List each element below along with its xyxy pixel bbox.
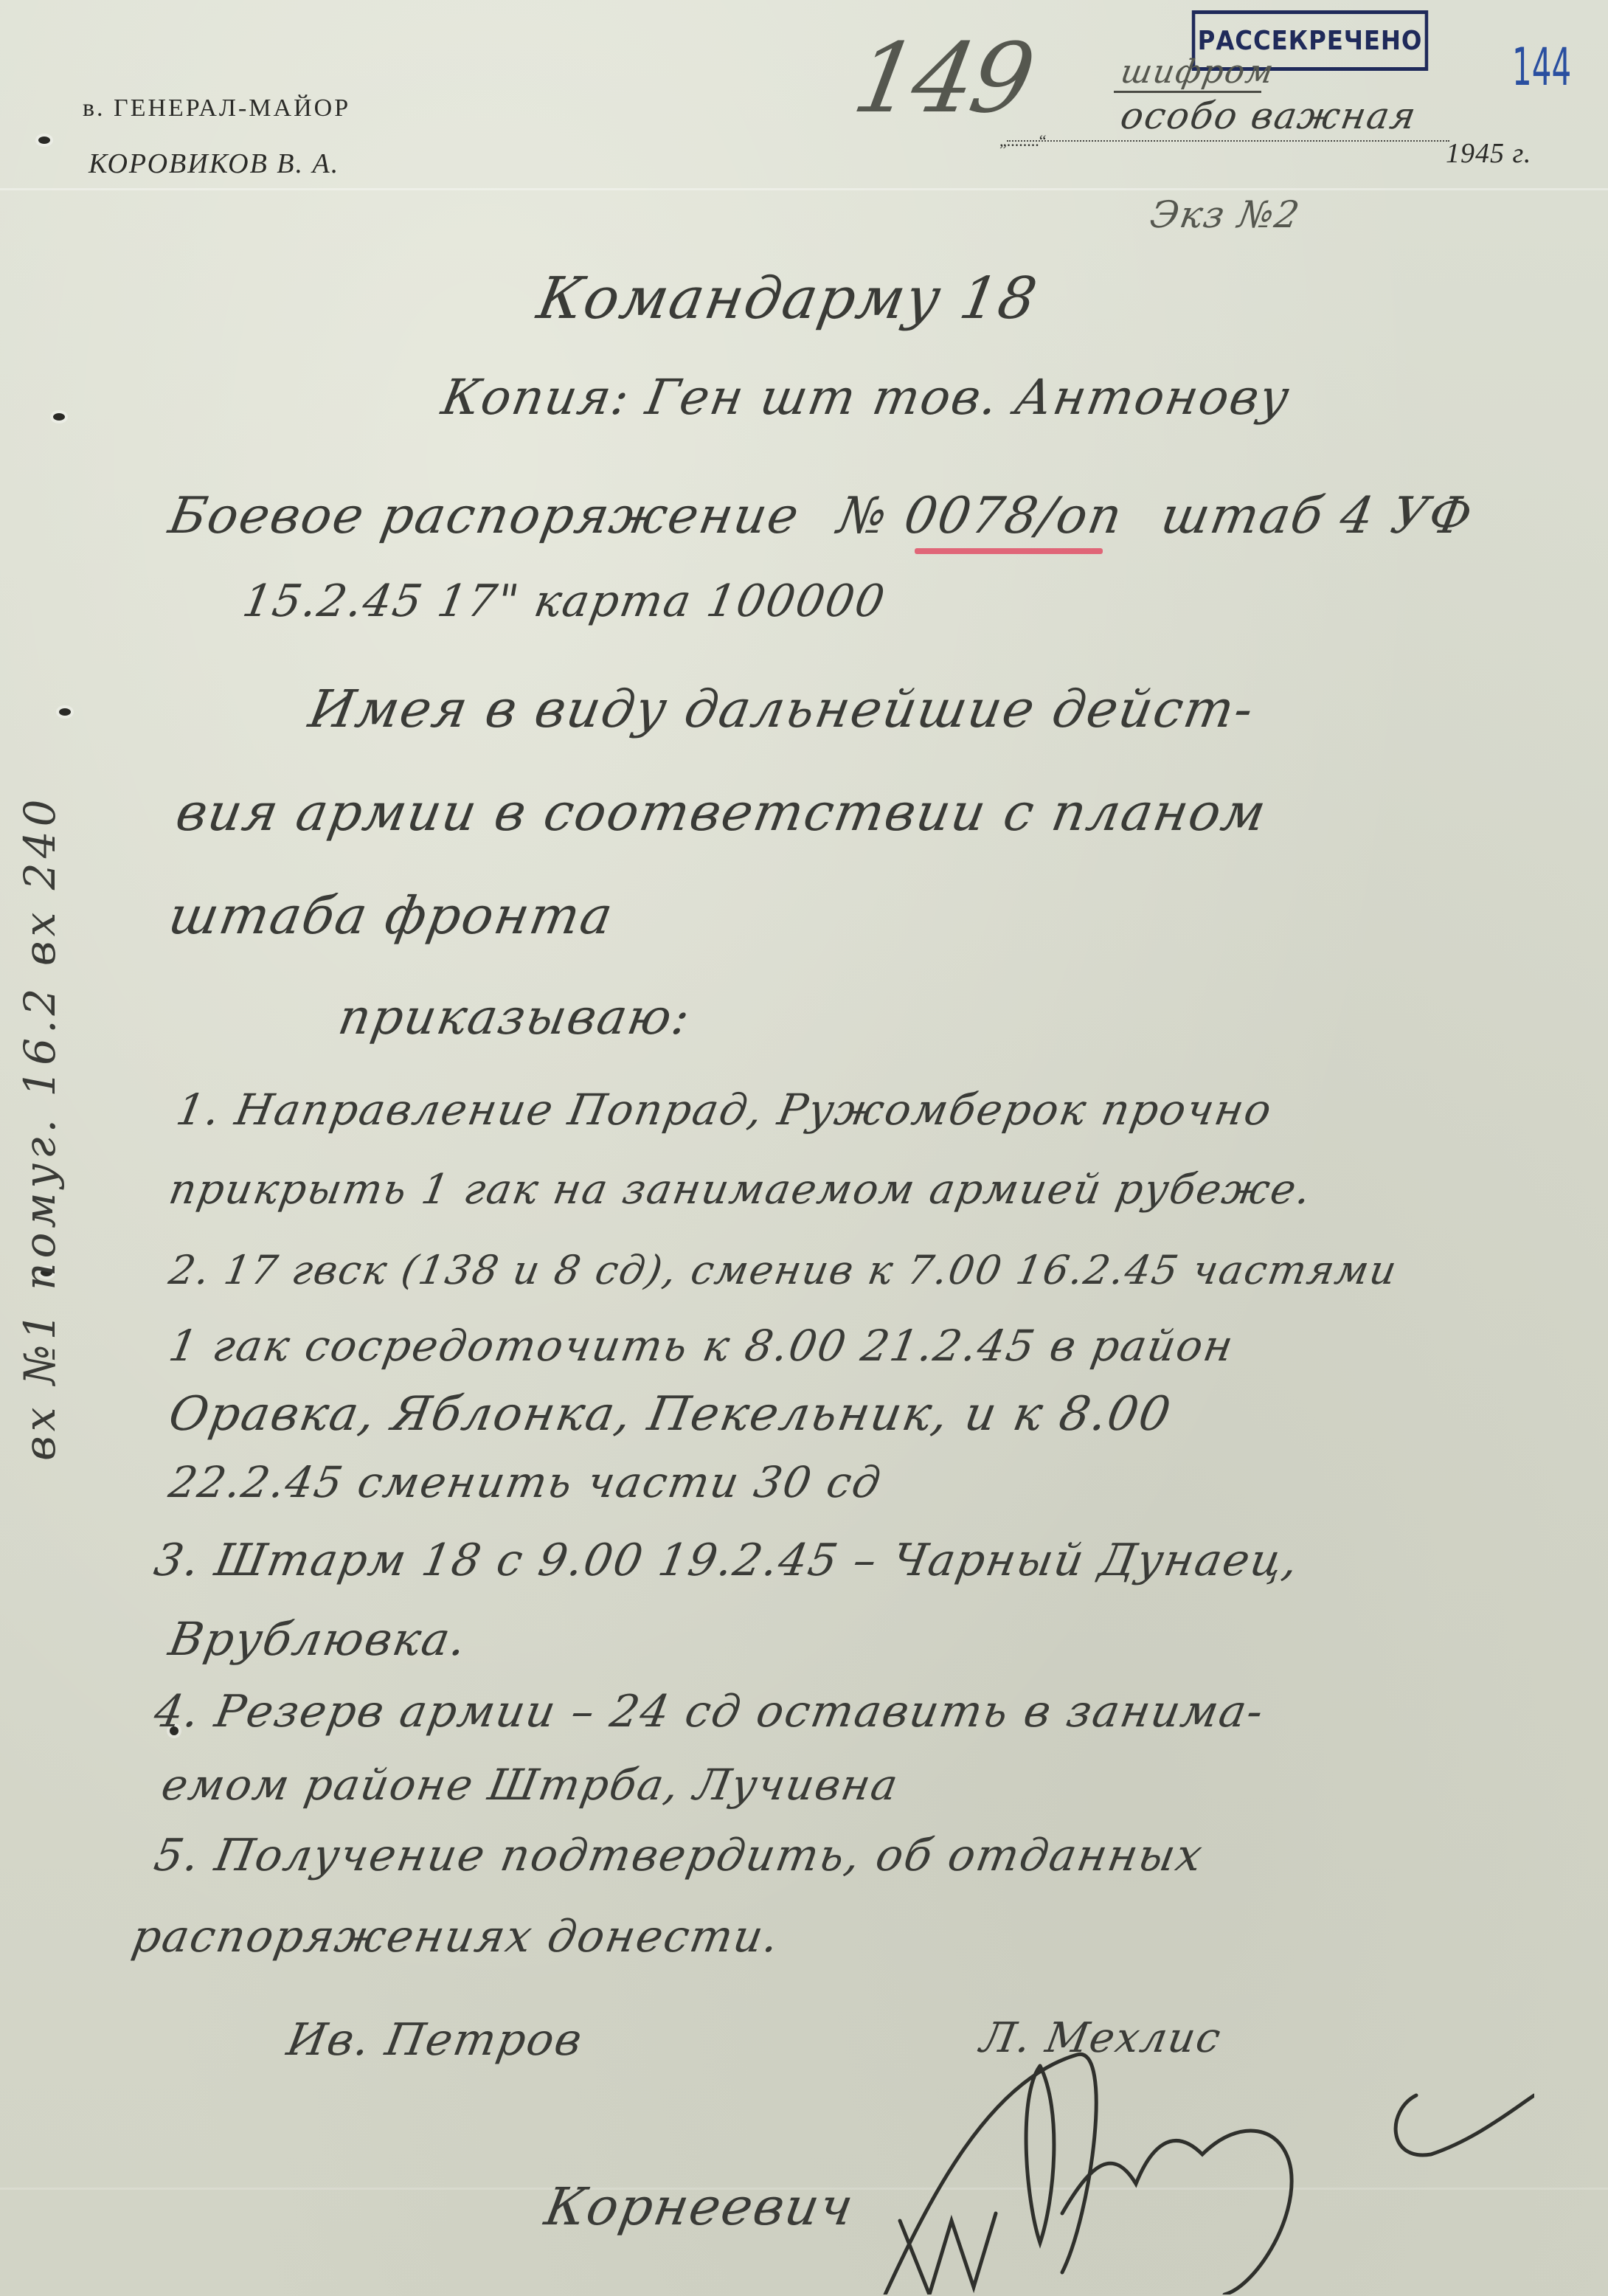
addressee-line-1: Командарму 18 bbox=[533, 266, 1043, 332]
strikethrough-line bbox=[1114, 91, 1261, 93]
order-title: Боевое распоряжение № 0078/оп штаб 4 УФ bbox=[164, 487, 1477, 545]
date-year: 1945 г. bbox=[1446, 137, 1531, 170]
classification: особо важная bbox=[1117, 94, 1421, 137]
addressee-line-2: Копия: Ген шт тов. Антонову bbox=[437, 369, 1295, 426]
item-4-line-2: емом районе Штрба, Лучивна bbox=[158, 1760, 903, 1810]
signature-korneevich: Корнеевич bbox=[541, 2176, 859, 2237]
date-day-template: „........“ bbox=[999, 131, 1047, 151]
classification-struck: шифром bbox=[1118, 53, 1278, 91]
rank-line: в. ГЕНЕРАЛ-МАЙОР bbox=[83, 94, 350, 122]
item-5-line-1: 5. Получение подтвердить, об отданных bbox=[150, 1830, 1207, 1881]
item-2-line-1: 2. 17 гвск (138 и 8 сд), сменив к 7.00 1… bbox=[165, 1247, 1401, 1293]
date-field-line bbox=[1007, 140, 1449, 142]
archive-page-number: 144 bbox=[1512, 37, 1571, 97]
red-pencil-underline bbox=[915, 548, 1103, 554]
punch-hole bbox=[53, 413, 65, 421]
handwritten-signature-scrawl bbox=[870, 2051, 1534, 2295]
item-5-line-2: распоряжениях донести. bbox=[128, 1911, 784, 1963]
preamble-line-1: Имея в виду дальнейшие дейст- bbox=[305, 679, 1259, 739]
item-3-line-2: Врублювка. bbox=[165, 1612, 472, 1666]
item-1-line-2: прикрыть 1 гак на занимаемом армией рубе… bbox=[165, 1166, 1315, 1214]
signature-petrov: Ив. Петров bbox=[283, 2014, 587, 2066]
margin-registration-note: вх №1 помуг. 16.2 вх 240 bbox=[15, 795, 65, 1461]
item-3-line-1: 3. Штарм 18 с 9.00 19.2.45 – Чарный Дуна… bbox=[150, 1535, 1303, 1586]
punch-hole bbox=[38, 136, 50, 144]
command-word: приказываю: bbox=[334, 989, 695, 1045]
name-line: КОРОВИКОВ В. А. bbox=[89, 148, 339, 180]
order-date-map: 15.2.45 17" карта 100000 bbox=[239, 575, 890, 627]
punch-hole bbox=[59, 708, 71, 716]
order-issuer: штаб 4 УФ bbox=[1157, 487, 1477, 545]
item-4-line-1: 4. Резерв армии – 24 сд оставить в заним… bbox=[150, 1686, 1269, 1737]
pencil-folio-number: 149 bbox=[846, 22, 1040, 134]
item-1-line-1: 1. Направление Попрад, Ружомберок прочно bbox=[173, 1085, 1277, 1135]
item-2-line-2: 1 гак сосредоточить к 8.00 21.2.45 в рай… bbox=[165, 1321, 1238, 1371]
preamble-line-3: штаба фронта bbox=[164, 885, 619, 946]
preamble-line-2: вия армии в соответствии с планом bbox=[172, 782, 1272, 843]
item-2-line-3: Оравка, Яблонка, Пекельник, и к 8.00 bbox=[164, 1387, 1175, 1442]
order-type: Боевое распоряжение bbox=[164, 487, 804, 545]
order-number: № 0078/оп bbox=[834, 487, 1128, 545]
paper-fold bbox=[0, 188, 1608, 190]
item-2-line-4: 22.2.45 сменить части 30 сд bbox=[165, 1457, 886, 1507]
copy-number: Экз №2 bbox=[1147, 193, 1304, 236]
